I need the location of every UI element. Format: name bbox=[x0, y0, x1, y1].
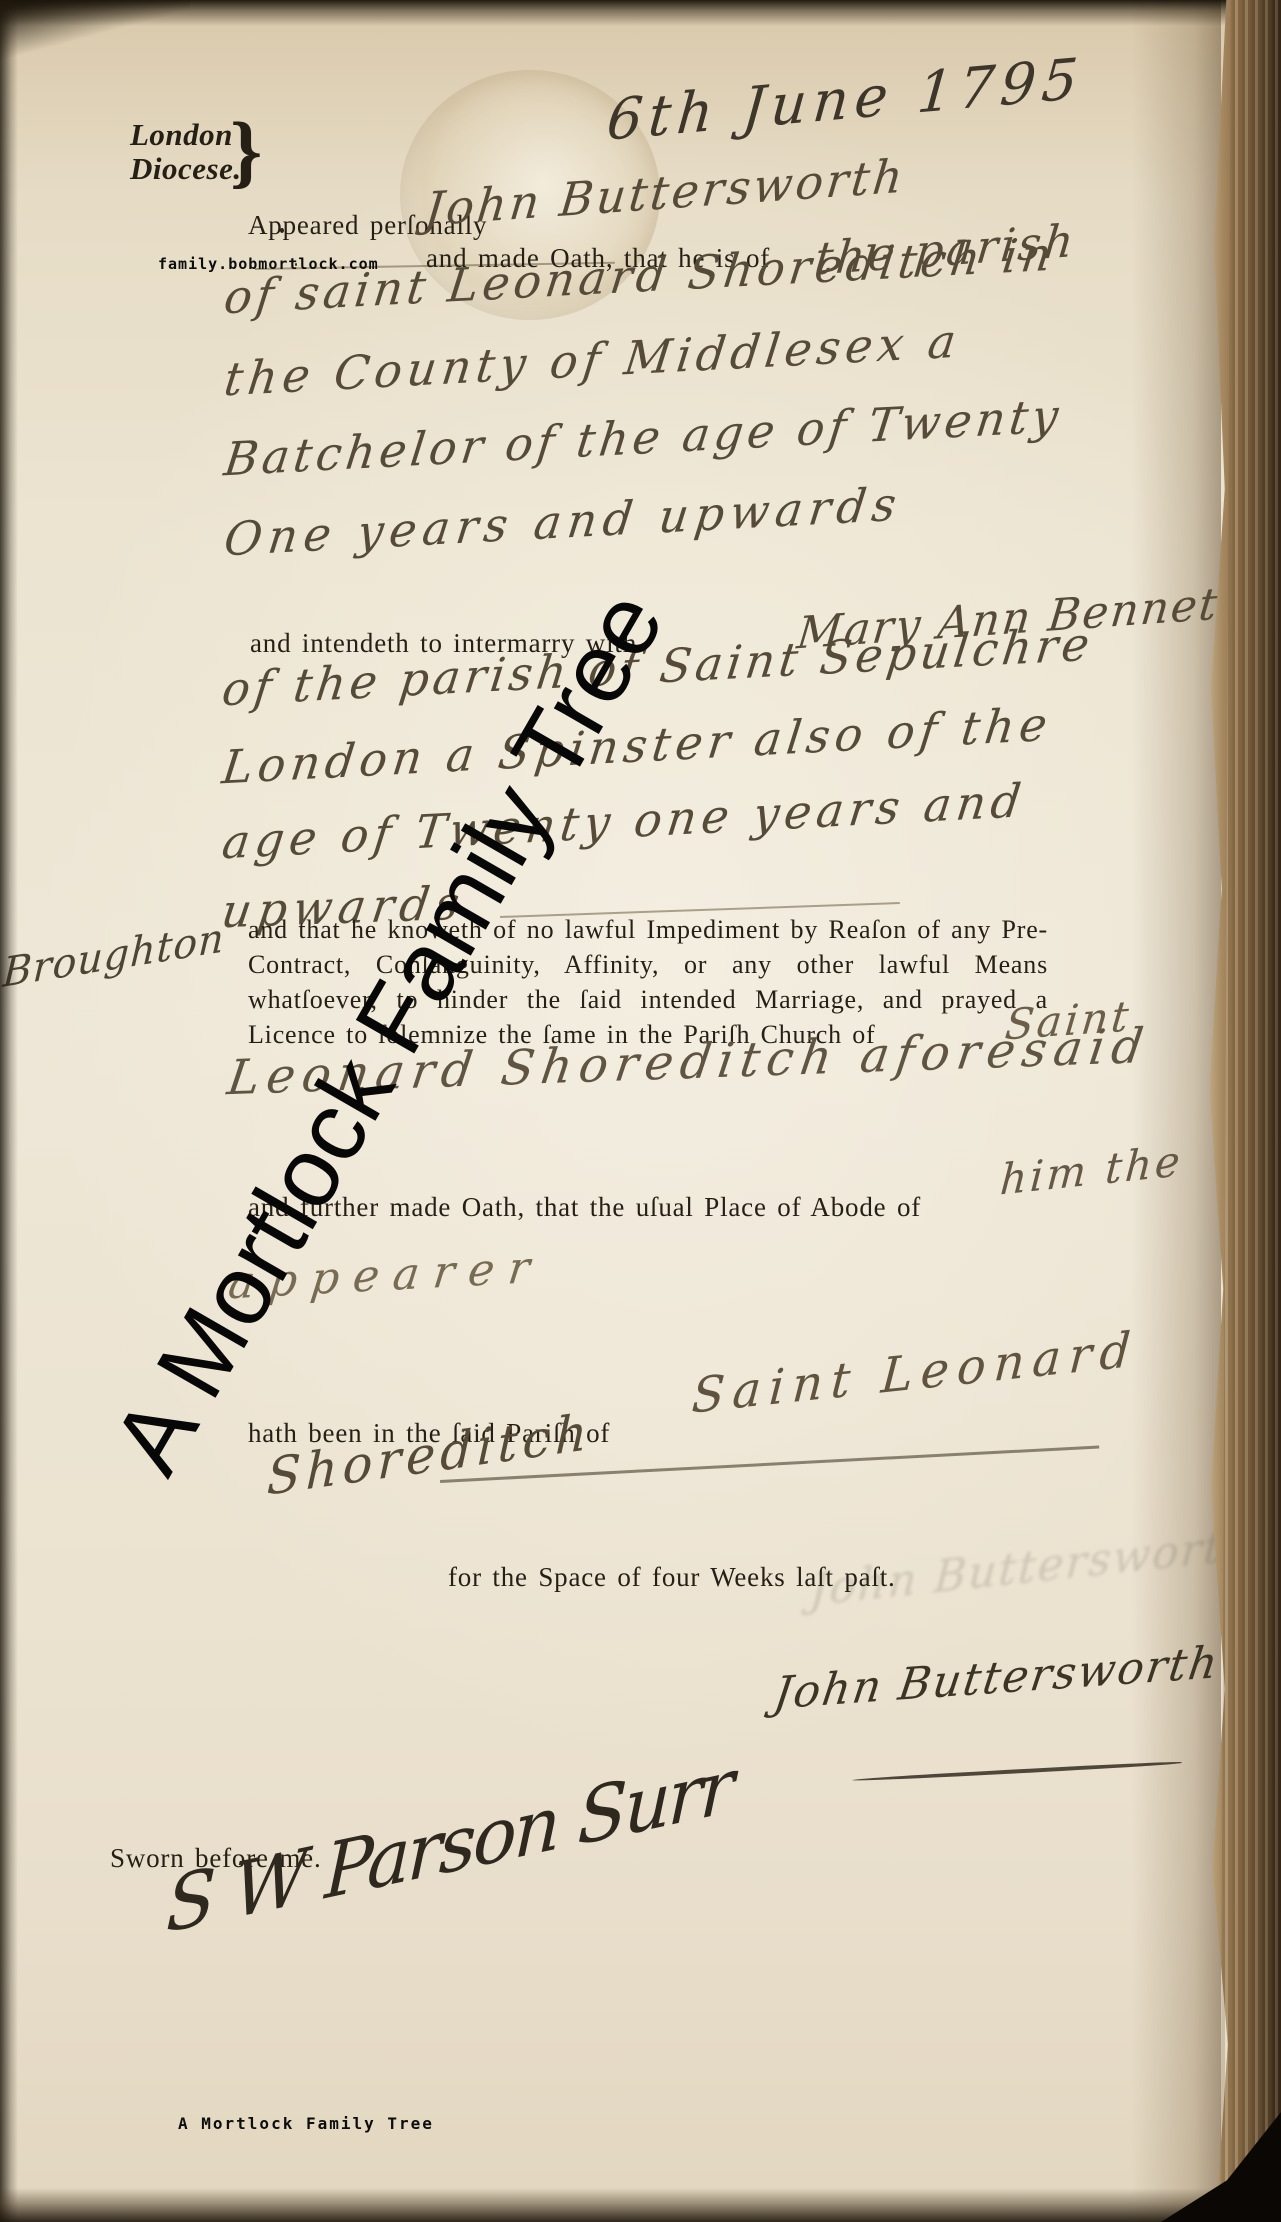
caption-overlay: A Mortlock Family Tree bbox=[178, 2114, 434, 2133]
parish-handwritten: Saint Leonard bbox=[690, 1321, 1140, 1425]
scan-edge-bottom bbox=[0, 2188, 1281, 2222]
page-curl-shadow bbox=[1131, 0, 1221, 2222]
diocese-heading: London Diocese. bbox=[130, 118, 242, 186]
diocese-line1: London bbox=[130, 118, 242, 152]
handwritten-line: Batchelor of the age of Twenty bbox=[221, 388, 1065, 486]
diocese-line2: Diocese. bbox=[130, 152, 242, 186]
surrogate-signature: S W Parson Surr bbox=[165, 1742, 733, 1951]
scan-edge-left bbox=[0, 0, 18, 2222]
margin-signature: Broughton bbox=[2, 915, 226, 997]
diocese-brace: } bbox=[230, 104, 263, 198]
handwritten-line: One years and upwards bbox=[221, 477, 905, 567]
site-url-overlay: family.bobmortlock.com bbox=[158, 255, 379, 273]
document-scan: 6th June 1795 London Diocese. } family.b… bbox=[0, 0, 1281, 2222]
handwritten-line: the County of Middlesex a bbox=[221, 313, 964, 406]
scan-edge-top-left bbox=[0, 0, 190, 60]
scan-edge-top bbox=[0, 0, 1281, 26]
date-handwritten: 6th June 1795 bbox=[604, 46, 1086, 153]
